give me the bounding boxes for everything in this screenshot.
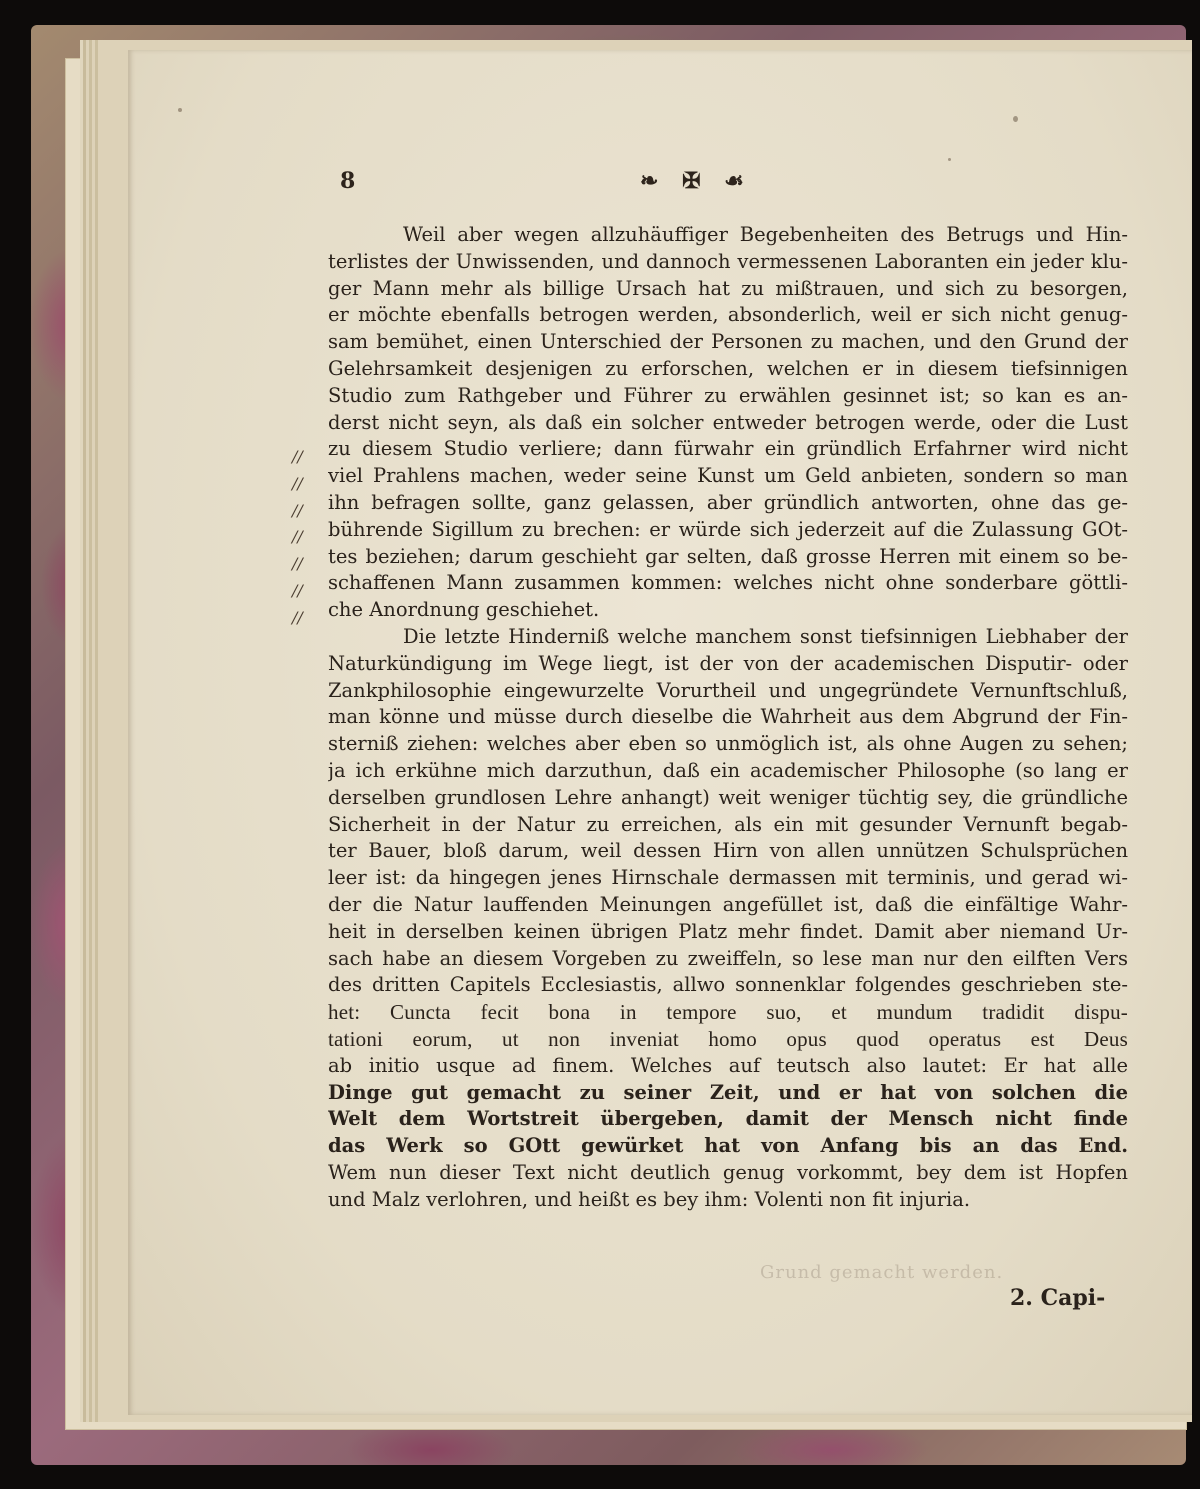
margin-mark: // [292, 474, 314, 501]
text-line: bührende Sigillum zu brechen: er würde s… [328, 517, 1128, 544]
margin-mark: // [292, 581, 314, 608]
text-line: Studio zum Rathgeber und Führer zu erwäh… [328, 383, 1128, 410]
translation-line: das Werk so GOtt gewürket hat von Anfang… [328, 1133, 1128, 1160]
text-line: ter Bauer, bloß darum, weil dessen Hirn … [328, 838, 1128, 865]
text-line: Wem nun dieser Text nicht deutlich genug… [328, 1160, 1128, 1187]
running-header: 8 ❧ ✠ ☙ [340, 168, 1140, 198]
text-line: sterniß ziehen: welches aber eben so unm… [328, 731, 1128, 758]
paragraph-1: Weil aber wegen allzuhäuffiger Begebenhe… [328, 222, 1128, 624]
text-line: ger Mann mehr als billige Ursach hat zu … [328, 276, 1128, 303]
translation-line: Dinge gut gemacht zu seiner Zeit, und er… [328, 1080, 1128, 1107]
text-line: man könne und müsse durch dieselbe die W… [328, 704, 1128, 731]
header-ornament-icon: ❧ ✠ ☙ [640, 168, 752, 194]
latin-quote-line: het: Cuncta fecit bona in tempore suo, e… [328, 999, 1128, 1026]
margin-mark: // [292, 554, 314, 581]
text-line: ab initio usque ad finem. Welches auf te… [328, 1053, 1128, 1080]
text-line: leer ist: da hingegen jenes Hirnschale d… [328, 865, 1128, 892]
text-line: sam bemühet, einen Unterschied der Perso… [328, 329, 1128, 356]
text-line: che Anordnung geschiehet. [328, 597, 1128, 624]
text-line: er möchte ebenfalls betrogen werden, abs… [328, 302, 1128, 329]
text-line: terlistes der Unwissenden, und dannoch v… [328, 249, 1128, 276]
text-line: ihn befragen sollte, ganz gelassen, aber… [328, 490, 1128, 517]
catchword: 2. Capi- [1010, 1285, 1105, 1311]
text-line: Die letzte Hinderniß welche manchem sons… [328, 624, 1128, 651]
body-text: Weil aber wegen allzuhäuffiger Begebenhe… [328, 222, 1128, 1213]
text-line: ja ich erkühne mich darzuthun, daß ein a… [328, 758, 1128, 785]
margin-mark: // [292, 527, 314, 554]
text-line: Weil aber wegen allzuhäuffiger Begebenhe… [328, 222, 1128, 249]
marginal-annotations: // // // // // // // [292, 447, 314, 635]
latin-quote-line: tationi eorum, ut non inveniat homo opus… [328, 1026, 1128, 1053]
text-line: heit in derselben keinen übrigen Platz m… [328, 919, 1128, 946]
text-line: tes beziehen; darum geschieht gar selten… [328, 544, 1128, 571]
text-line: Sicherheit in der Natur zu erreichen, al… [328, 812, 1128, 839]
paragraph-2: Die letzte Hinderniß welche manchem sons… [328, 624, 1128, 1214]
text-line: Zankphilosophie eingewurzelte Vorurtheil… [328, 678, 1128, 705]
text-line: zu diesem Studio verliere; dann fürwahr … [328, 436, 1128, 463]
margin-mark: // [292, 447, 314, 474]
text-line: derselben grundlosen Lehre anhangt) weit… [328, 785, 1128, 812]
paper-speck [178, 108, 182, 112]
text-line: des dritten Capitels Ecclesiastis, allwo… [328, 972, 1128, 999]
translation-line: Welt dem Wortstreit übergeben, damit der… [328, 1106, 1128, 1133]
page-number: 8 [340, 168, 355, 194]
text-line: derst nicht seyn, als daß ein solcher en… [328, 410, 1128, 437]
paper-speck [948, 158, 951, 161]
text-line: sach habe an diesem Vorgeben zu zweiffel… [328, 946, 1128, 973]
margin-mark: // [292, 608, 314, 635]
bleed-through-text: Grund gemacht werden. [760, 1262, 1003, 1283]
paper-speck [1013, 116, 1018, 122]
text-line: schaffenen Mann zusammen kommen: welches… [328, 570, 1128, 597]
text-line: der die Natur lauffenden Meinungen angef… [328, 892, 1128, 919]
text-line: und Malz verlohren, und heißt es bey ihm… [328, 1187, 1128, 1214]
margin-mark: // [292, 501, 314, 528]
text-line: Gelehrsamkeit desjenigen zu erforschen, … [328, 356, 1128, 383]
text-line: viel Prahlens machen, weder seine Kunst … [328, 463, 1128, 490]
text-line: Naturkündigung im Wege liegt, ist der vo… [328, 651, 1128, 678]
